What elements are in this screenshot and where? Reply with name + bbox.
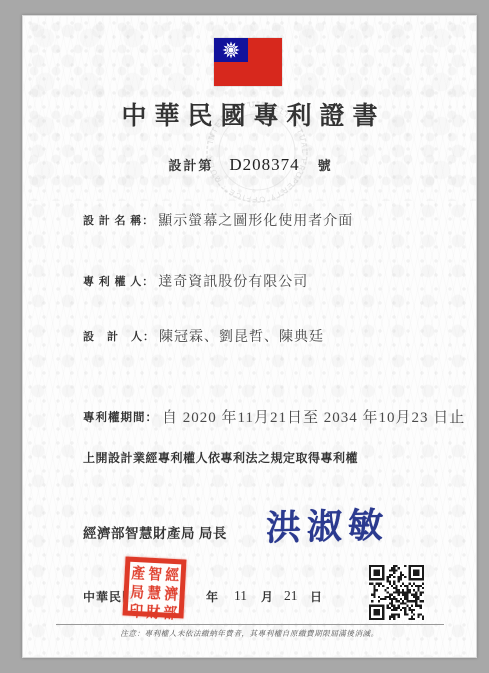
number-suffix: 號 — [318, 158, 331, 173]
patent-term-label: 專利權期間： — [83, 412, 158, 424]
patentee-label: 專 利 權 人： — [83, 276, 154, 288]
designer-row: 設 計 人：陳冠霖、劉昆哲、陳典廷 — [83, 326, 324, 346]
date-year-unit: 年 — [206, 588, 218, 605]
white-sun-icon — [221, 40, 241, 60]
date-day: 21 — [284, 588, 298, 604]
screenshot-root: { "page": { "title": "中華民國專利證書", "number… — [0, 0, 489, 673]
patent-term-value: 自 2020 年11月21日至 2034 年10月23 日止 — [162, 410, 465, 426]
seal-character: 部 — [161, 600, 180, 623]
issuing-authority: 經濟部智慧財產局 局長 — [83, 522, 227, 542]
footer-divider — [56, 624, 444, 625]
qr-code — [369, 565, 424, 620]
flag-canton — [214, 38, 248, 62]
design-name-value: 顯示螢幕之圖形化使用者介面 — [158, 214, 353, 229]
grant-statement: 上開設計業經專利權人依專利法之規定取得專利權 — [83, 449, 358, 466]
designer-value: 陳冠霖、劉昆哲、陳典廷 — [159, 330, 324, 345]
certificate-page: INTELLECTUAL PROPERTY OFFICE · MOEA · IN… — [22, 15, 477, 658]
patentee-row: 專 利 權 人：達奇資訊股份有限公司 — [83, 271, 308, 291]
footer-note: 注意：專利權人未依法繳納年費者，其專利權自原繳費期限屆滿後消滅。 — [34, 628, 464, 638]
certificate-title: 中華民國專利證書 — [23, 96, 476, 132]
patent-term-row: 專利權期間：自 2020 年11月21日至 2034 年10月23 日止 — [83, 406, 465, 427]
date-day-unit: 日 — [310, 588, 322, 605]
design-name-label: 設 計 名 稱： — [83, 215, 154, 227]
date-month-unit: 月 — [261, 588, 273, 605]
design-name-row: 設 計 名 稱：顯示螢幕之圖形化使用者介面 — [83, 210, 353, 230]
patent-number: D208374 — [229, 155, 299, 174]
designer-label: 設 計 人： — [83, 331, 155, 343]
patentee-value: 達奇資訊股份有限公司 — [158, 275, 308, 290]
date-month: 11 — [234, 588, 247, 604]
patent-number-line: 設計第D208374號 — [23, 155, 476, 175]
official-red-seal: 產智經局慧濟印財部 — [122, 556, 186, 618]
director-signature: 洪淑敏 — [265, 497, 416, 551]
roc-flag-icon — [214, 38, 282, 86]
number-prefix: 設計第 — [168, 158, 213, 173]
